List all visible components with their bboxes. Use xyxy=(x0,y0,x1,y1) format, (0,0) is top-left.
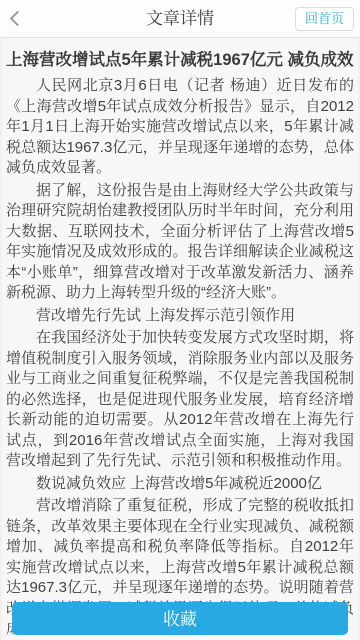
article-body: 人民网北京3月6日电（记者 杨迪）近日发布的《上海营改增5年试点成效分析报告》显… xyxy=(6,76,354,640)
home-button[interactable]: 回首页 xyxy=(295,7,354,31)
article-paragraph: 据了解，这份报告是由上海财经大学公共政策与治理研究院胡怡建教授团队历时半年时间，… xyxy=(6,181,354,304)
back-button[interactable] xyxy=(4,0,38,38)
article-title: 上海营改增试点5年累计减税1967亿元 减负成效 xyxy=(6,46,354,70)
article-subheading: 营改增先行先试 上海发挥示范引领作用 xyxy=(6,306,354,327)
article-paragraph: 人民网北京3月6日电（记者 杨迪）近日发布的《上海营改增5年试点成效分析报告》显… xyxy=(6,76,354,179)
article-subheading: 数说减负效应 上海营改增5年减税近2000亿 xyxy=(6,474,354,495)
article-content: 上海营改增试点5年累计减税1967亿元 减负成效 人民网北京3月6日电（记者 杨… xyxy=(2,0,358,640)
back-chevron-icon xyxy=(10,11,26,27)
article-paragraph: 在我国经济处于加快转变发展方式攻坚时期，将增值税制度引入服务领域，消除服务业内部… xyxy=(6,328,354,472)
favorite-button[interactable]: 收藏 xyxy=(12,602,348,635)
header: 文章详情 回首页 xyxy=(0,0,360,38)
